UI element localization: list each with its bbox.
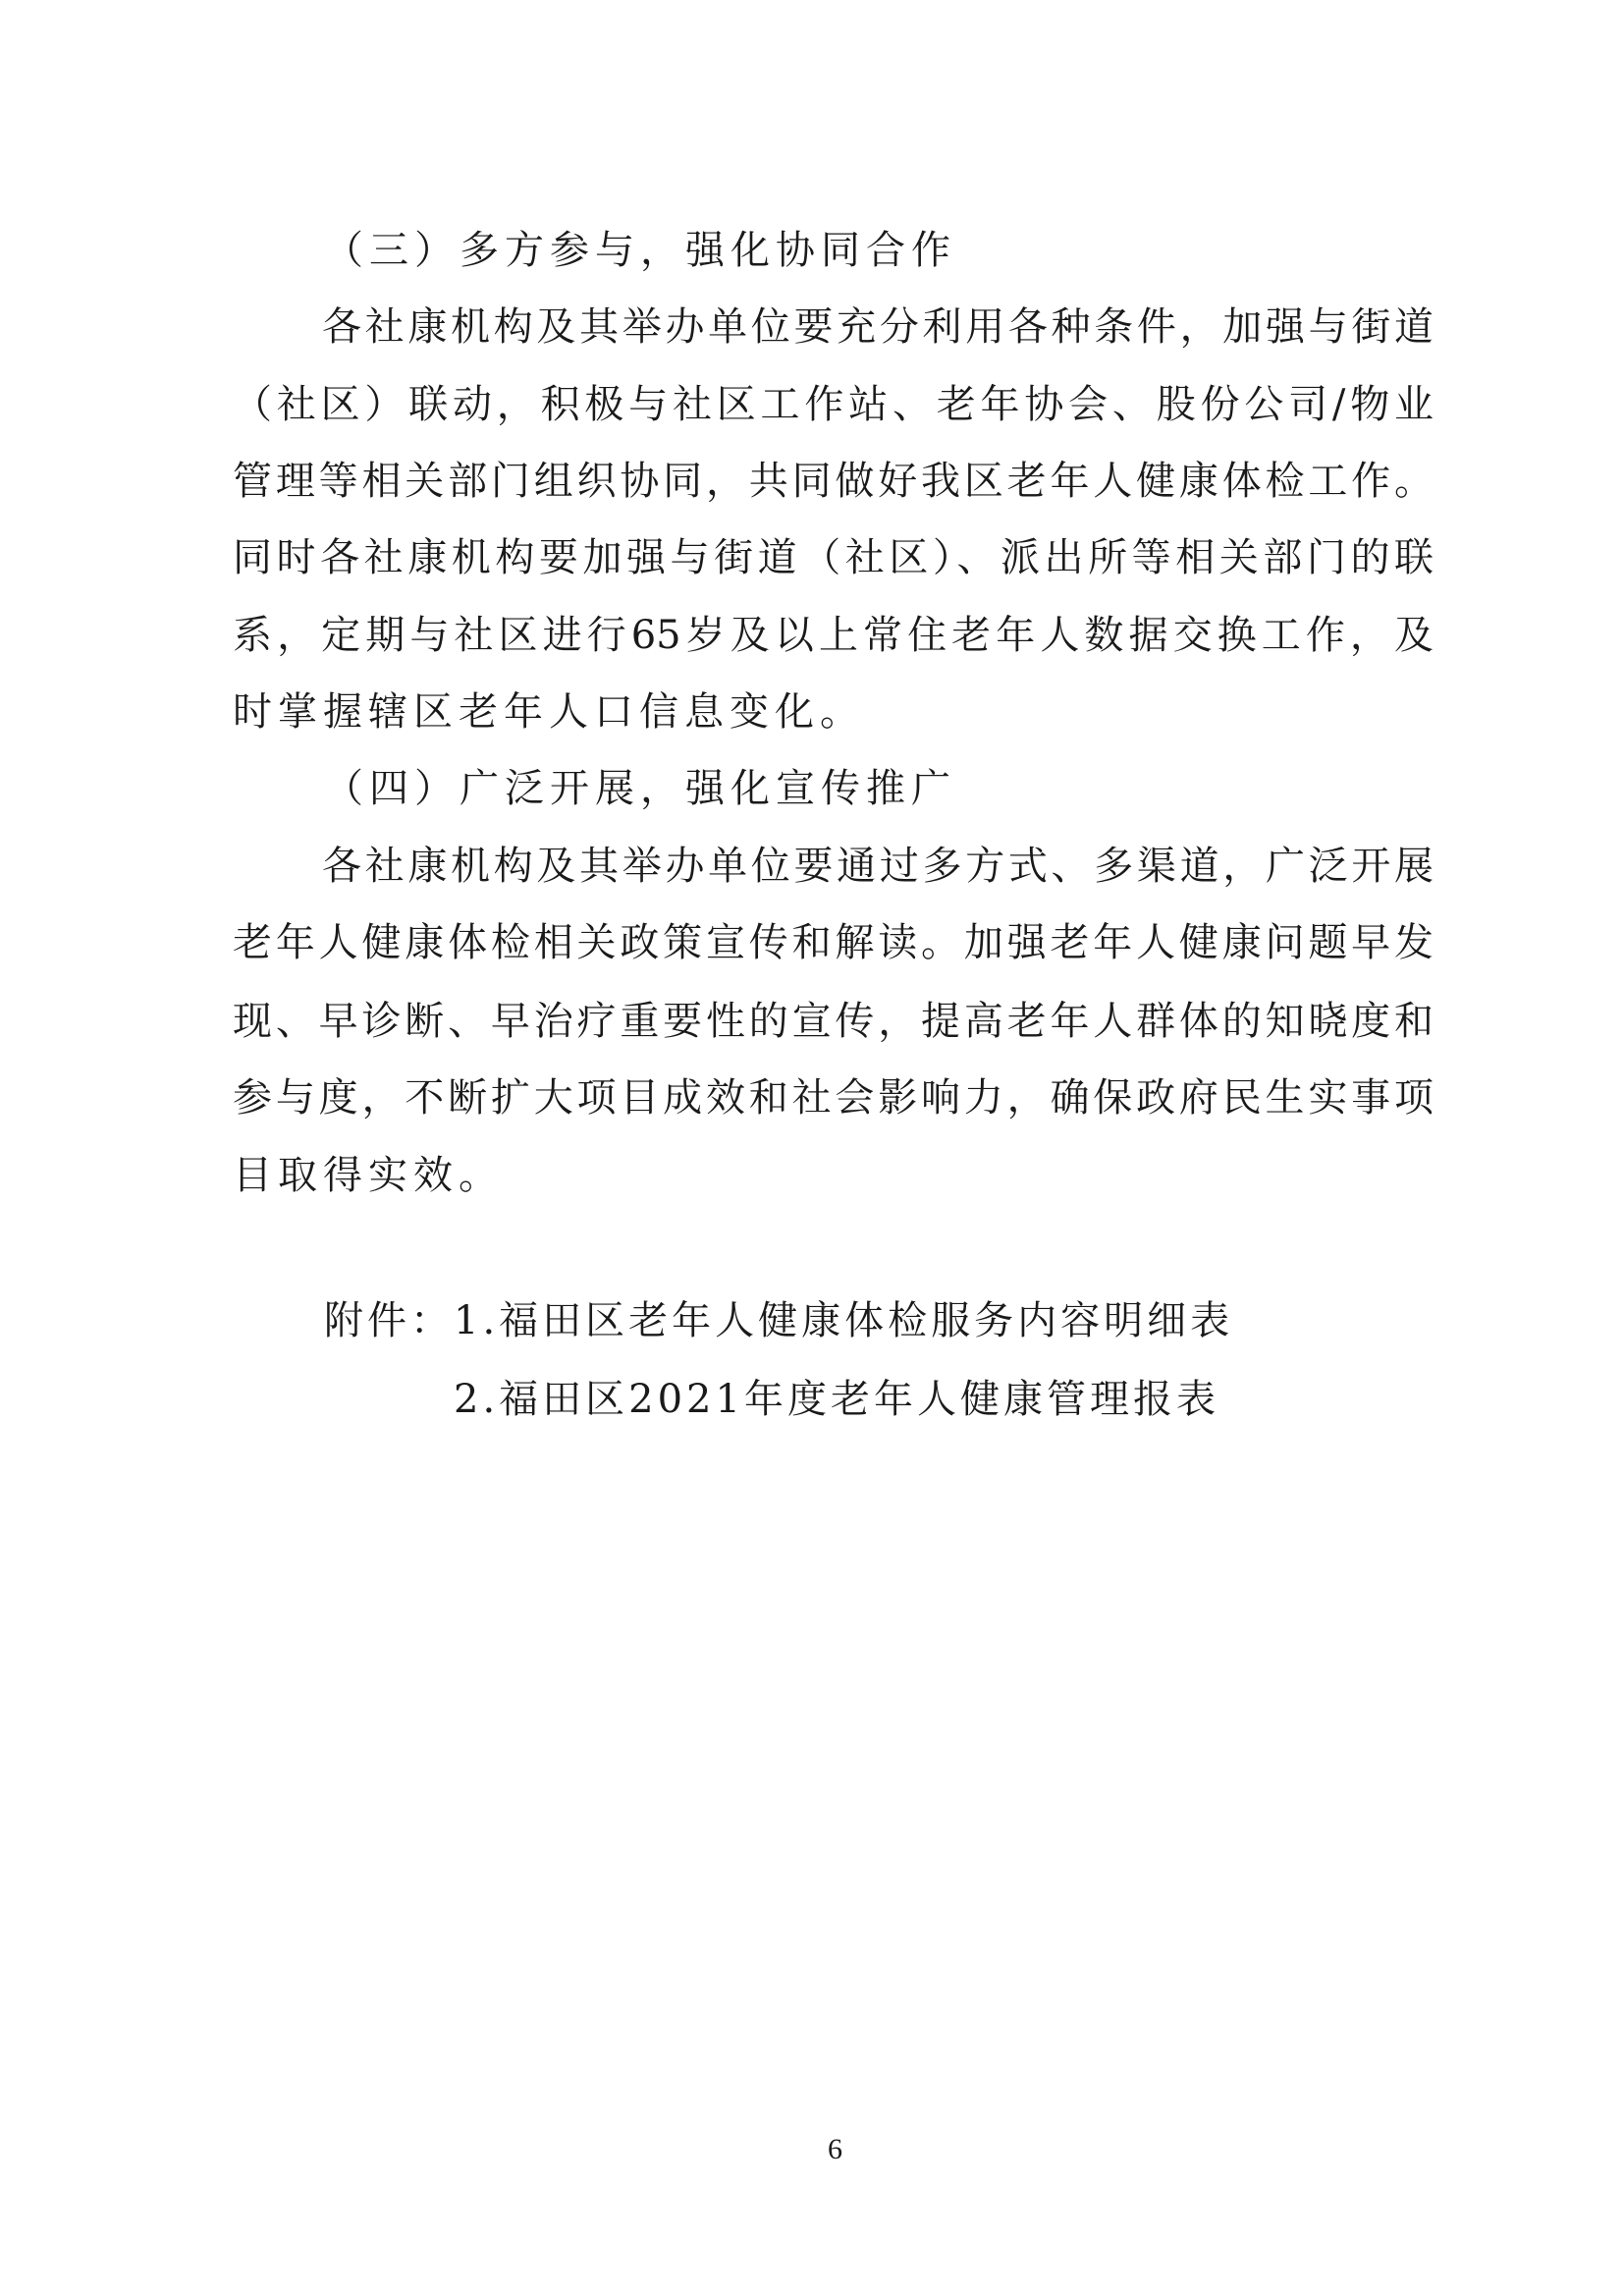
- paragraph-line: 各社康机构及其举办单位要充分利用各种条件，加强与街道: [322, 298, 1434, 356]
- attachment-item-1: 1.福田区老年人健康体检服务内容明细表: [454, 1291, 1233, 1350]
- paragraph-line: 现、早诊断、早治疗重要性的宣传，提高老年人群体的知晓度和: [233, 992, 1434, 1051]
- paragraph-line: 时掌握辖区老年人口信息变化。: [233, 683, 1434, 741]
- paragraph-line: 目取得实效。: [233, 1146, 1434, 1205]
- paragraph-line: 各社康机构及其举办单位要通过多方式、多渠道，广泛开展: [322, 837, 1434, 896]
- attachment-item-2: 2.福田区2021年度老年人健康管理报表: [454, 1370, 1219, 1429]
- paragraph-line: （社区）联动，积极与社区工作站、老年协会、股份公司/物业: [233, 375, 1434, 434]
- attachments-label: 附件：: [324, 1291, 454, 1350]
- paragraph-line: 同时各社康机构要加强与街道（社区）、派出所等相关部门的联: [233, 528, 1434, 587]
- paragraph-line: 管理等相关部门组织协同，共同做好我区老年人健康体检工作。: [233, 452, 1434, 511]
- paragraph-line: 系，定期与社区进行65岁及以上常住老年人数据交换工作，及: [233, 606, 1434, 665]
- paragraph-line: 参与度，不断扩大项目成效和社会影响力，确保政府民生实事项: [233, 1068, 1434, 1127]
- section-4-heading: （四）广泛开展，强化宣传推广: [324, 759, 956, 818]
- page-number: 6: [828, 2133, 842, 2166]
- paragraph-line: 老年人健康体检相关政策宣传和解读。加强老年人健康问题早发: [233, 913, 1434, 972]
- section-3-heading: （三）多方参与，强化协同合作: [324, 221, 956, 280]
